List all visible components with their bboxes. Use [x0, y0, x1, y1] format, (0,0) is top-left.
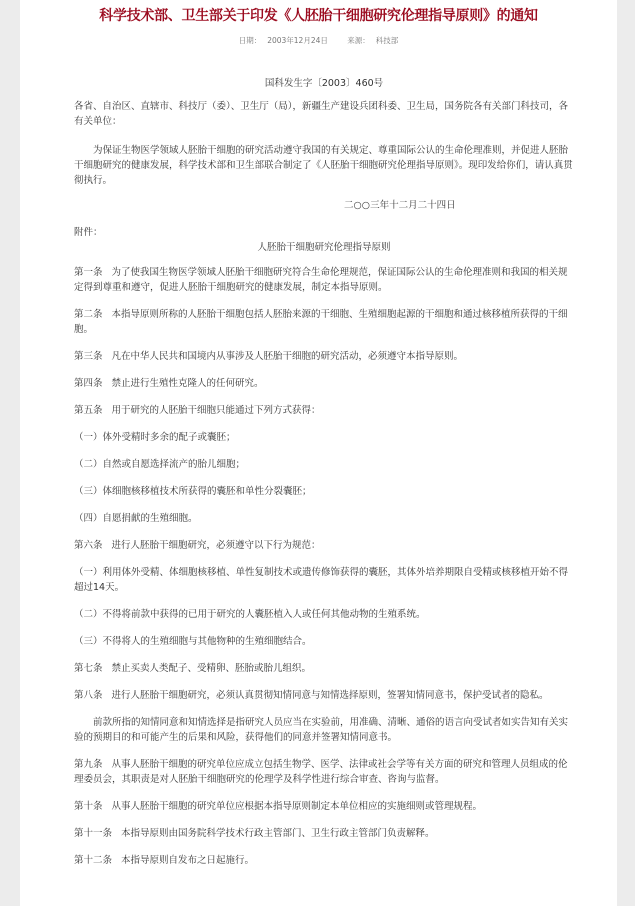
article-text: 禁止进行生殖性克隆人的任何研究。	[112, 378, 264, 389]
article-6-item: （二）不得将前款中获得的已用于研究的人囊胚植入人或任何其他动物的生殖系统。	[74, 607, 574, 622]
attachment-label: 附件：	[74, 225, 574, 240]
article-text: 为了使我国生物医学领域人胚胎干细胞研究符合生命伦理规范，保证国际公认的生命伦理准…	[74, 267, 568, 293]
article-text: 进行人胚胎干细胞研究，必须遵守以下行为规范：	[112, 540, 321, 551]
article-meta: 日期：2003年12月24日 来源：科技部	[20, 36, 617, 46]
article-5-item: （三）体细胞核移植技术所获得的囊胚和单性分裂囊胚；	[74, 484, 574, 499]
article-text: 用于研究的人胚胎干细胞只能通过下列方式获得：	[112, 405, 321, 416]
article-text: 从事人胚胎干细胞的研究单位应根据本指导原则制定本单位相应的实施细则或管理规程。	[112, 801, 483, 812]
date-value: 2003年12月24日	[267, 36, 328, 45]
article-label: 第二条	[74, 309, 103, 320]
article-5: 第五条用于研究的人胚胎干细胞只能通过下列方式获得：	[74, 403, 574, 418]
article-label: 第十二条	[74, 855, 112, 866]
article-label: 第六条	[74, 540, 103, 551]
article-11: 第十一条本指导原则由国务院科学技术行政主管部门、卫生行政主管部门负责解释。	[74, 826, 574, 841]
article-2: 第二条本指导原则所称的人胚胎干细胞包括人胚胎来源的干细胞、生殖细胞起源的干细胞和…	[74, 307, 574, 337]
article-text: 从事人胚胎干细胞的研究单位应成立包括生物学、医学、法律或社会学等有关方面的研究和…	[74, 759, 568, 785]
article-text: 本指导原则所称的人胚胎干细胞包括人胚胎来源的干细胞、生殖细胞起源的干细胞和通过核…	[74, 309, 568, 335]
article-1: 第一条为了使我国生物医学领域人胚胎干细胞研究符合生命伦理规范，保证国际公认的生命…	[74, 265, 574, 295]
article-label: 第四条	[74, 378, 103, 389]
article-text: 禁止买卖人类配子、受精卵、胚胎或胎儿组织。	[112, 663, 312, 674]
article-6: 第六条进行人胚胎干细胞研究，必须遵守以下行为规范：	[74, 538, 574, 553]
article-5-item: （四）自愿捐献的生殖细胞。	[74, 511, 574, 526]
article-10: 第十条从事人胚胎干细胞的研究单位应根据本指导原则制定本单位相应的实施细则或管理规…	[74, 799, 574, 814]
article-9: 第九条从事人胚胎干细胞的研究单位应成立包括生物学、医学、法律或社会学等有关方面的…	[74, 757, 574, 787]
article-label: 第五条	[74, 405, 103, 416]
article-4: 第四条禁止进行生殖性克隆人的任何研究。	[74, 376, 574, 391]
source-label: 来源：	[347, 36, 370, 45]
article-label: 第七条	[74, 663, 103, 674]
article-5-item: （一）体外受精时多余的配子或囊胚；	[74, 430, 574, 445]
article-text: 凡在中华人民共和国境内从事涉及人胚胎干细胞的研究活动，必须遵守本指导原则。	[112, 351, 464, 362]
article-6-item: （一）利用体外受精、体细胞核移植、单性复制技术或遗传修饰获得的囊胚，其体外培养期…	[74, 565, 574, 595]
article-label: 第十一条	[74, 828, 112, 839]
article-text: 本指导原则自发布之日起施行。	[121, 855, 254, 866]
article-label: 第十条	[74, 801, 103, 812]
article-label: 第八条	[74, 690, 103, 701]
issue-date: 二○○三年十二月二十四日	[74, 198, 574, 213]
attachment-title: 人胚胎干细胞研究伦理指导原则	[74, 240, 574, 255]
article-5-item: （二）自然或自愿选择流产的胎儿细胞；	[74, 457, 574, 472]
article-text: 进行人胚胎干细胞研究，必须认真贯彻知情同意与知情选择原则，签署知情同意书，保护受…	[112, 690, 549, 701]
doc-number: 国科发生字〔2003〕460号	[74, 76, 574, 91]
article-12: 第十二条本指导原则自发布之日起施行。	[74, 853, 574, 868]
document-body: 国科发生字〔2003〕460号 各省、自治区、直辖市、科技厅（委）、卫生厅（局）…	[74, 76, 574, 880]
article-text: 本指导原则由国务院科学技术行政主管部门、卫生行政主管部门负责解释。	[121, 828, 435, 839]
article-label: 第三条	[74, 351, 103, 362]
article-label: 第九条	[74, 759, 103, 770]
article-6-item: （三）不得将人的生殖细胞与其他物种的生殖细胞结合。	[74, 634, 574, 649]
article-label: 第一条	[74, 267, 103, 278]
article-8-paragraph: 前款所指的知情同意和知情选择是指研究人员应当在实验前，用准确、清晰、通俗的语言向…	[74, 715, 574, 745]
article-3: 第三条凡在中华人民共和国境内从事涉及人胚胎干细胞的研究活动，必须遵守本指导原则。	[74, 349, 574, 364]
page-title: 科学技术部、卫生部关于印发《人胚胎干细胞研究伦理指导原则》的通知	[20, 6, 617, 26]
document-page: 科学技术部、卫生部关于印发《人胚胎干细胞研究伦理指导原则》的通知 日期：2003…	[20, 0, 617, 906]
addressees: 各省、自治区、直辖市、科技厅（委）、卫生厅（局），新疆生产建设兵团科委、卫生局，…	[74, 99, 574, 129]
article-7: 第七条禁止买卖人类配子、受精卵、胚胎或胎儿组织。	[74, 661, 574, 676]
intro-paragraph: 为保证生物医学领域人胚胎干细胞的研究活动遵守我国的有关规定、尊重国际公认的生命伦…	[74, 143, 574, 188]
article-8: 第八条进行人胚胎干细胞研究，必须认真贯彻知情同意与知情选择原则，签署知情同意书，…	[74, 688, 574, 703]
date-label: 日期：	[239, 36, 262, 45]
source-value: 科技部	[376, 36, 399, 45]
